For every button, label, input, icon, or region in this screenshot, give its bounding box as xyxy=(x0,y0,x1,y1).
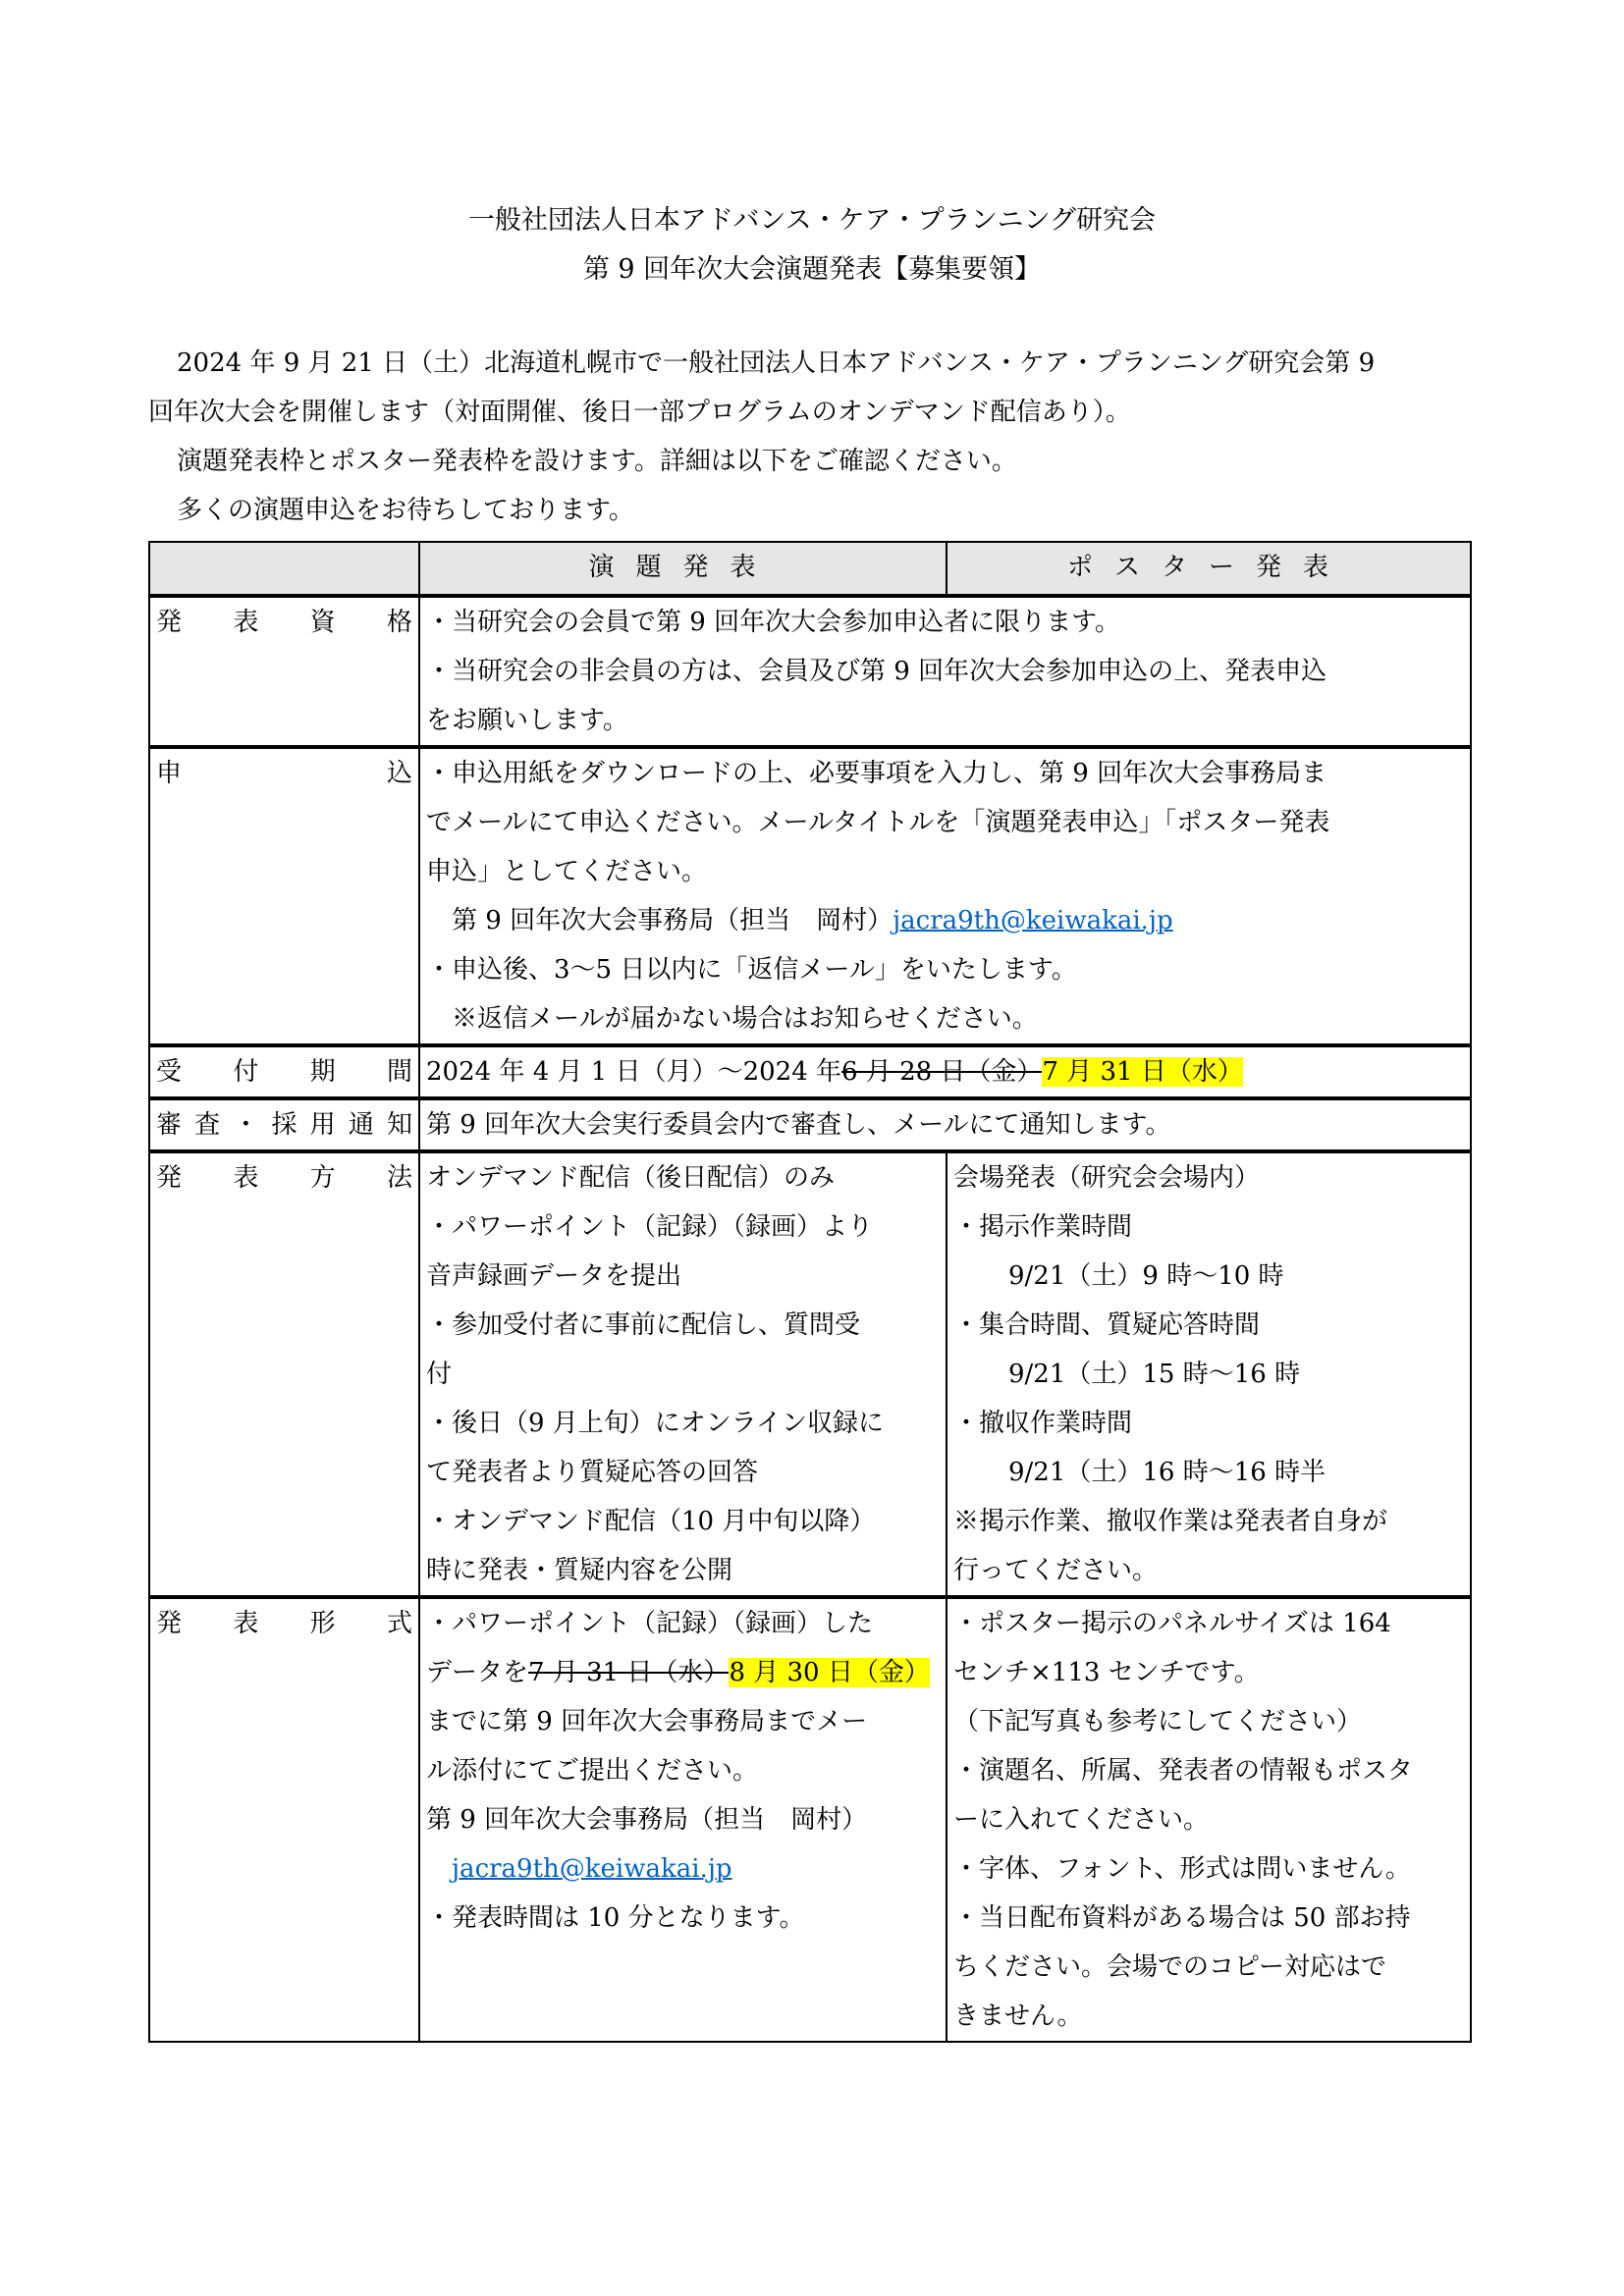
method-poster-line: 行ってください。 xyxy=(953,1546,1464,1595)
intro-line-2: 回年次大会を開催します（対面開催、後日一部プログラムのオンデマンド配信あり）。 xyxy=(148,393,1131,432)
format-oral-deadline-line: データを7 月 31 日（水）8 月 30 日（金） xyxy=(426,1648,940,1697)
table-row-application: 申 込 ・申込用紙をダウンロードの上、必要事項を入力し、第 9 回年次大会事務局… xyxy=(149,747,1471,1045)
table-row-review: 審査・採用通知 第 9 回年次大会実行委員会内で審査し、メールにて通知します。 xyxy=(149,1098,1471,1151)
format-poster-line: ーに入れてください。 xyxy=(953,1795,1464,1844)
format-new-deadline: 8 月 30 日（金） xyxy=(729,1658,929,1687)
row-label-format: 発表形式 xyxy=(149,1597,419,2042)
application-email-link[interactable]: jacra9th@keiwakai.jp xyxy=(893,906,1173,935)
format-oral-deadline-prefix: データを xyxy=(426,1658,528,1687)
intro-line-1: 2024 年 9 月 21 日（土）北海道札幌市で一般社団法人日本アドバンス・ケ… xyxy=(177,344,1375,383)
row-label-review: 審査・採用通知 xyxy=(149,1098,419,1151)
document-page: 一般社団法人日本アドバンス・ケア・プランニング研究会 第 9 回年次大会演題発表… xyxy=(0,0,1624,2296)
format-poster-line: ・演題名、所属、発表者の情報もポスタ xyxy=(953,1746,1464,1795)
format-oral-contact: 第 9 回年次大会事務局（担当 岡村） xyxy=(426,1795,940,1844)
table-row-period: 受付期間 2024 年 4 月 1 日（月）〜2024 年6 月 28 日（金）… xyxy=(149,1045,1471,1098)
format-oral-content: ・パワーポイント（記録）（録画）した データを7 月 31 日（水）8 月 30… xyxy=(419,1597,947,2042)
method-poster-line: 会場発表（研究会会場内） xyxy=(953,1153,1464,1202)
header-corner-cell xyxy=(149,542,419,596)
row-label-application: 申 込 xyxy=(149,747,419,1045)
format-oral-line: までに第 9 回年次大会事務局までメー xyxy=(426,1697,940,1746)
format-email-link[interactable]: jacra9th@keiwakai.jp xyxy=(452,1854,732,1884)
method-poster-line: ・撤収作業時間 xyxy=(953,1399,1464,1448)
format-poster-line: ・ポスター掲示のパネルサイズは 164 xyxy=(953,1599,1464,1648)
method-oral-line: 付 xyxy=(426,1350,940,1399)
format-poster-line: ・当日配布資料がある場合は 50 部お持 xyxy=(953,1894,1464,1943)
method-oral-content: オンデマンド配信（後日配信）のみ ・パワーポイント（記録）（録画）より 音声録画… xyxy=(419,1151,947,1597)
format-oral-line: ル添付にてご提出ください。 xyxy=(426,1746,940,1795)
method-oral-line: オンデマンド配信（後日配信）のみ xyxy=(426,1153,940,1202)
application-contact-label: 第 9 回年次大会事務局（担当 岡村） xyxy=(452,906,893,935)
period-line: 2024 年 4 月 1 日（月）〜2024 年6 月 28 日（金）7 月 3… xyxy=(426,1047,1464,1096)
header-poster: ポスター発表 xyxy=(947,542,1471,596)
format-poster-content: ・ポスター掲示のパネルサイズは 164 センチ×113 センチです。 （下記写真… xyxy=(947,1597,1471,2042)
eligibility-content: ・当研究会の会員で第 9 回年次大会参加申込者に限ります。 ・当研究会の非会員の… xyxy=(419,596,1471,747)
application-line: ・申込用紙をダウンロードの上、必要事項を入力し、第 9 回年次大会事務局ま xyxy=(426,749,1464,798)
row-label-period: 受付期間 xyxy=(149,1045,419,1098)
format-poster-line: （下記写真も参考にしてください） xyxy=(953,1697,1464,1746)
row-label-application-left: 申 xyxy=(156,749,182,798)
application-content: ・申込用紙をダウンロードの上、必要事項を入力し、第 9 回年次大会事務局ま でメ… xyxy=(419,747,1471,1045)
method-oral-line: ・後日（9 月上旬）にオンライン収録に xyxy=(426,1399,940,1448)
requirements-table: 演題発表 ポスター発表 発表資格 ・当研究会の会員で第 9 回年次大会参加申込者… xyxy=(148,541,1472,2043)
review-content: 第 9 回年次大会実行委員会内で審査し、メールにて通知します。 xyxy=(419,1098,1471,1151)
method-poster-line: ・掲示作業時間 xyxy=(953,1202,1464,1252)
format-oral-line: ・発表時間は 10 分となります。 xyxy=(426,1894,940,1943)
table-header-row: 演題発表 ポスター発表 xyxy=(149,542,1471,596)
method-poster-time: 9/21（土）16 時〜16 時半 xyxy=(953,1448,1464,1497)
format-poster-line: ちください。会場でのコピー対応はで xyxy=(953,1943,1464,1992)
table-row-method: 発表方法 オンデマンド配信（後日配信）のみ ・パワーポイント（記録）（録画）より… xyxy=(149,1151,1471,1597)
row-label-eligibility: 発表資格 xyxy=(149,596,419,747)
method-oral-line: 時に発表・質疑内容を公開 xyxy=(426,1546,940,1595)
row-label-method: 発表方法 xyxy=(149,1151,419,1597)
format-old-deadline: 7 月 31 日（水） xyxy=(528,1658,729,1687)
review-text: 第 9 回年次大会実行委員会内で審査し、メールにて通知します。 xyxy=(426,1100,1464,1149)
period-new-deadline: 7 月 31 日（水） xyxy=(1042,1057,1242,1087)
organization-title: 一般社団法人日本アドバンス・ケア・プランニング研究会 xyxy=(0,201,1624,240)
eligibility-line: ・当研究会の非会員の方は、会員及び第 9 回年次大会参加申込の上、発表申込 xyxy=(426,647,1464,696)
period-old-deadline: 6 月 28 日（金） xyxy=(841,1057,1042,1087)
application-contact-line: 第 9 回年次大会事務局（担当 岡村）jacra9th@keiwakai.jp xyxy=(426,896,1464,945)
method-oral-line: て発表者より質疑応答の回答 xyxy=(426,1448,940,1497)
header-oral: 演題発表 xyxy=(419,542,947,596)
format-poster-line: ・字体、フォント、形式は問いません。 xyxy=(953,1844,1464,1894)
row-label-application-right: 込 xyxy=(387,749,412,798)
period-content: 2024 年 4 月 1 日（月）〜2024 年6 月 28 日（金）7 月 3… xyxy=(419,1045,1471,1098)
method-poster-time: 9/21（土）15 時〜16 時 xyxy=(953,1350,1464,1399)
application-line: でメールにて申込ください。メールタイトルを「演題発表申込」「ポスター発表 xyxy=(426,798,1464,847)
format-oral-line: ・パワーポイント（記録）（録画）した xyxy=(426,1599,940,1648)
application-note: ※返信メールが届かない場合はお知らせください。 xyxy=(426,994,1464,1043)
application-line: ・申込後、3〜5 日以内に「返信メール」をいたします。 xyxy=(426,945,1464,994)
method-poster-content: 会場発表（研究会会場内） ・掲示作業時間 9/21（土）9 時〜10 時 ・集合… xyxy=(947,1151,1471,1597)
method-oral-line: ・パワーポイント（記録）（録画）より xyxy=(426,1202,940,1252)
format-poster-line: センチ×113 センチです。 xyxy=(953,1648,1464,1697)
eligibility-line: をお願いします。 xyxy=(426,696,1464,745)
table-row-format: 発表形式 ・パワーポイント（記録）（録画）した データを7 月 31 日（水）8… xyxy=(149,1597,1471,2042)
format-oral-spacer xyxy=(426,1943,940,2033)
application-line: 申込」としてください。 xyxy=(426,847,1464,896)
method-oral-line: ・参加受付者に事前に配信し、質問受 xyxy=(426,1301,940,1350)
intro-line-3: 演題発表枠とポスター発表枠を設けます。詳細は以下をご確認ください。 xyxy=(177,442,1017,481)
method-oral-line: 音声録画データを提出 xyxy=(426,1252,940,1301)
page-title: 第 9 回年次大会演題発表【募集要領】 xyxy=(0,250,1624,290)
method-poster-time: 9/21（土）9 時〜10 時 xyxy=(953,1252,1464,1301)
eligibility-line: ・当研究会の会員で第 9 回年次大会参加申込者に限ります。 xyxy=(426,598,1464,647)
method-oral-line: ・オンデマンド配信（10 月中旬以降） xyxy=(426,1497,940,1546)
format-oral-email-line: jacra9th@keiwakai.jp xyxy=(426,1844,940,1894)
table-row-eligibility: 発表資格 ・当研究会の会員で第 9 回年次大会参加申込者に限ります。 ・当研究会… xyxy=(149,596,1471,747)
period-start: 2024 年 4 月 1 日（月）〜2024 年 xyxy=(426,1057,841,1087)
method-poster-line: ・集合時間、質疑応答時間 xyxy=(953,1301,1464,1350)
method-poster-line: ※掲示作業、撤収作業は発表者自身が xyxy=(953,1497,1464,1546)
intro-line-4: 多くの演題申込をお待ちしております。 xyxy=(177,491,634,530)
format-poster-line: きません。 xyxy=(953,1992,1464,2041)
